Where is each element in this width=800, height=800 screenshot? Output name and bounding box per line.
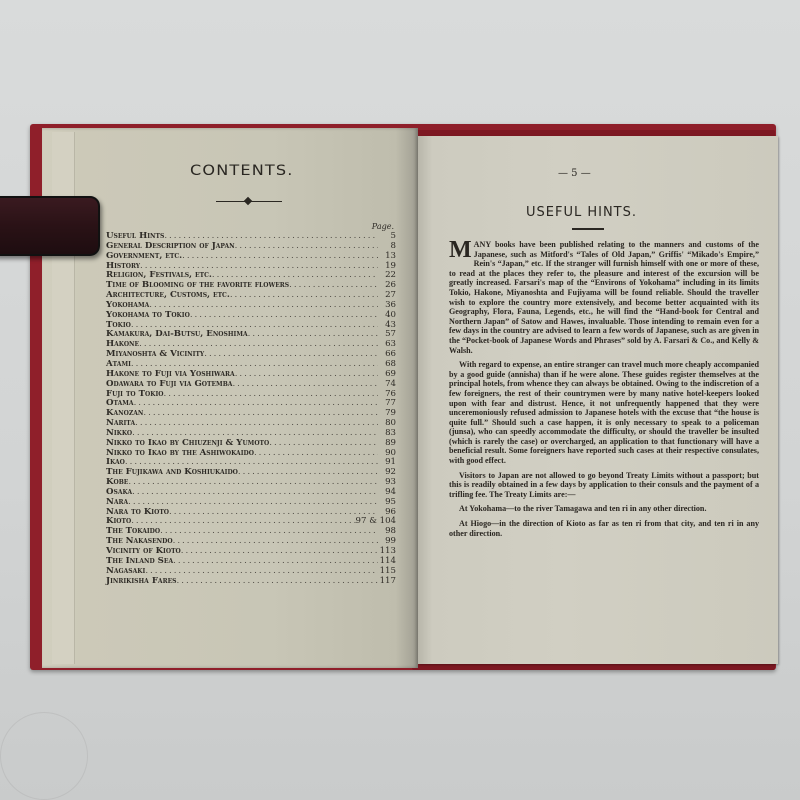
leader-dots	[164, 390, 378, 400]
toc-entry: The Inland Sea114	[106, 557, 396, 567]
toc-entry: The Fujikawa and Koshiukaido92	[106, 468, 396, 478]
chapter-title: USEFUL HINTS.	[526, 205, 637, 220]
paragraph: With regard to expense, an entire strang…	[449, 360, 759, 466]
leader-dots	[232, 380, 378, 390]
ornament-divider	[216, 201, 282, 202]
toc-entry: Kobe93	[106, 478, 396, 488]
leader-dots	[160, 527, 378, 537]
toc-entry: Jinrikisha Fares117	[106, 577, 396, 587]
toc-entry-page: 117	[378, 577, 396, 587]
leader-dots	[173, 537, 378, 547]
toc-entry: Kamakura, Dai-Butsu, Enoshima57	[106, 330, 396, 340]
toc-entry: Fuji to Tokio76	[106, 390, 396, 400]
paragraph: MANY books have been published relating …	[449, 240, 759, 355]
toc-entry: Kanozan79	[106, 409, 396, 419]
leader-dots	[128, 478, 378, 488]
leader-dots	[289, 281, 378, 291]
contents-title: CONTENTS.	[190, 163, 351, 179]
leader-dots	[173, 557, 378, 567]
toc-entry-label: Nikko to Ikao by the Ashiwokaido	[106, 449, 254, 459]
table-of-contents: Page. Useful Hints5General Description o…	[106, 222, 396, 586]
leader-dots	[235, 370, 378, 380]
toc-entry-label: Jinrikisha Fares	[106, 577, 176, 587]
leader-dots	[169, 508, 378, 518]
paragraph: At Hiogo—in the direction of Kioto as fa…	[449, 519, 759, 538]
toc-entry: Narita80	[106, 419, 396, 429]
page-column-header: Page.	[106, 222, 396, 231]
toc-entry: Miyanoshta & Vicinity66	[106, 350, 396, 360]
toc-entry: Nara to Kioto96	[106, 508, 396, 518]
toc-entry: Yokohama to Tokio40	[106, 311, 396, 321]
leader-dots	[235, 242, 378, 252]
leader-dots	[132, 488, 378, 498]
watermark-logo	[0, 712, 88, 800]
bookmark-clip	[0, 196, 100, 256]
leader-dots	[254, 449, 378, 459]
chapter-body: MANY books have been published relating …	[449, 240, 759, 543]
title-rule	[572, 228, 604, 230]
leader-dots	[134, 399, 378, 409]
toc-entry: Osaka94	[106, 488, 396, 498]
leader-dots	[176, 577, 378, 587]
leader-dots	[269, 439, 378, 449]
leader-dots	[230, 291, 378, 301]
toc-entry: Otama77	[106, 399, 396, 409]
running-head-page-number: — 5 —	[558, 168, 591, 179]
leader-dots	[190, 311, 378, 321]
toc-entry: Nikko to Ikao by the Ashiwokaido90	[106, 449, 396, 459]
leader-dots	[182, 252, 378, 262]
leader-dots	[248, 330, 378, 340]
toc-entry: Government, etc.13	[106, 252, 396, 262]
drop-cap: M	[449, 241, 472, 260]
paragraph: Visitors to Japan are not allowed to go …	[449, 471, 759, 500]
leader-dots	[135, 419, 378, 429]
leader-dots	[143, 409, 378, 419]
toc-entry: Architecture, Customs, etc.27	[106, 291, 396, 301]
leader-dots	[181, 547, 378, 557]
leader-dots	[131, 517, 355, 527]
leader-dots	[204, 350, 378, 360]
leader-dots	[145, 567, 378, 577]
paragraph: At Yokohama—to the river Tamagawa and te…	[449, 504, 759, 514]
leader-dots	[238, 468, 378, 478]
